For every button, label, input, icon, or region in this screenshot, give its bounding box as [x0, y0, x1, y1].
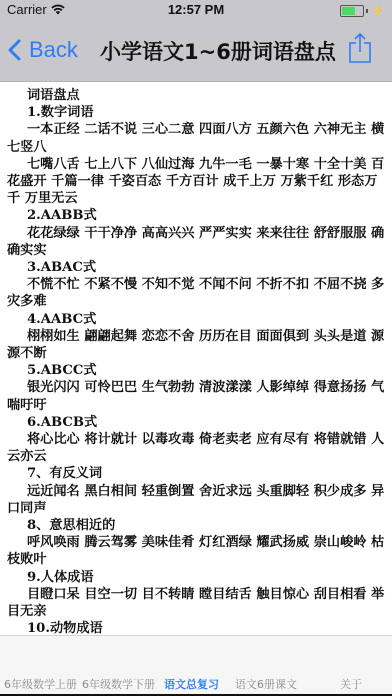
section-heading: 4.AABC式 — [7, 311, 386, 328]
section-heading: 9.人体成语 — [7, 569, 386, 586]
navigation-bar: Back 小学语文1~6册词语盘点 — [0, 20, 392, 81]
tab-4[interactable]: 关于 — [340, 676, 362, 692]
share-button[interactable] — [348, 32, 372, 68]
charging-bolt-icon: ⚡ — [372, 6, 384, 17]
idiom-list: 不慌不忙 不紧不慢 不知不觉 不闻不问 不折不扣 不屈不挠 多灾多难 — [7, 276, 386, 310]
idiom-list: 栩栩如生 翩翩起舞 恋恋不舍 历历在目 面面俱到 头头是道 源源不断 — [7, 328, 386, 362]
idiom-list: 呼风唤雨 腾云驾雾 美味佳肴 灯红酒绿 耀武扬威 崇山峻岭 枯枝败叶 — [7, 534, 386, 568]
section-heading: 1.数字词语 — [7, 104, 386, 121]
idiom-list: 银光闪闪 可怜巴巴 生气勃勃 清波漾漾 人影绰绰 得意扬扬 气喘吁吁 — [7, 379, 386, 413]
section-heading: 6.ABCB式 — [7, 414, 386, 431]
status-bar: Carrier 12:57 PM ⚡ — [0, 0, 392, 20]
tab-1[interactable]: 6年级数学下册 — [82, 676, 155, 692]
section-heading: 8、意思相近的 — [7, 517, 386, 534]
battery-indicator: ⚡ — [340, 5, 384, 17]
document-view[interactable]: 词语盘点1.数字词语一本正经 二话不说 三心二意 四面八方 五颜六色 六神无主 … — [0, 82, 392, 635]
section-heading: 词语盘点 — [7, 87, 386, 104]
tab-3[interactable]: 语文6册课文 — [235, 676, 297, 692]
back-label: Back — [29, 37, 78, 63]
back-button[interactable]: Back — [8, 37, 78, 63]
idiom-list: 一本正经 二话不说 三心二意 四面八方 五颜六色 六神无主 横七竖八 — [7, 121, 386, 155]
idiom-list: 目瞪口呆 目空一切 目不转睛 瞠目结舌 触目惊心 刮目相看 举目无亲 — [7, 586, 386, 620]
page-title: 小学语文1~6册词语盘点 — [100, 36, 336, 66]
section-heading: 3.ABAC式 — [7, 259, 386, 276]
section-heading: 7、有反义词 — [7, 465, 386, 482]
idiom-list: 七嘴八舌 七上八下 八仙过海 九牛一毛 一暴十寒 十全十美 百花盛开 千篇一律 … — [7, 156, 386, 208]
idiom-list: 花花绿绿 干干净净 高高兴兴 严严实实 来来往往 舒舒服服 确确实实 — [7, 225, 386, 259]
battery-icon — [340, 5, 364, 17]
top-bar: Carrier 12:57 PM ⚡ Back 小学语文1~6册词语盘点 — [0, 0, 392, 82]
share-icon — [348, 32, 372, 64]
tab-2[interactable]: 语文总复习 — [164, 676, 219, 692]
section-heading: 5.ABCC式 — [7, 362, 386, 379]
section-heading: 2.AABB式 — [7, 207, 386, 224]
chevron-left-icon — [8, 39, 21, 61]
tab-0[interactable]: 6年级数学上册 — [4, 676, 77, 692]
idiom-list: 远近闻名 黑白相间 轻重倒置 舍近求远 头重脚轻 积少成多 异口同声 — [7, 483, 386, 517]
document-text: 词语盘点1.数字词语一本正经 二话不说 三心二意 四面八方 五颜六色 六神无主 … — [0, 82, 392, 635]
tab-bar: 6年级数学上册6年级数学下册语文总复习语文6册课文关于 — [0, 635, 392, 696]
clock: 12:57 PM — [0, 2, 392, 17]
section-heading: 10.动物成语 — [7, 620, 386, 635]
idiom-list: 将心比心 将计就计 以毒攻毒 倚老卖老 应有尽有 将错就错 人云亦云 — [7, 431, 386, 465]
